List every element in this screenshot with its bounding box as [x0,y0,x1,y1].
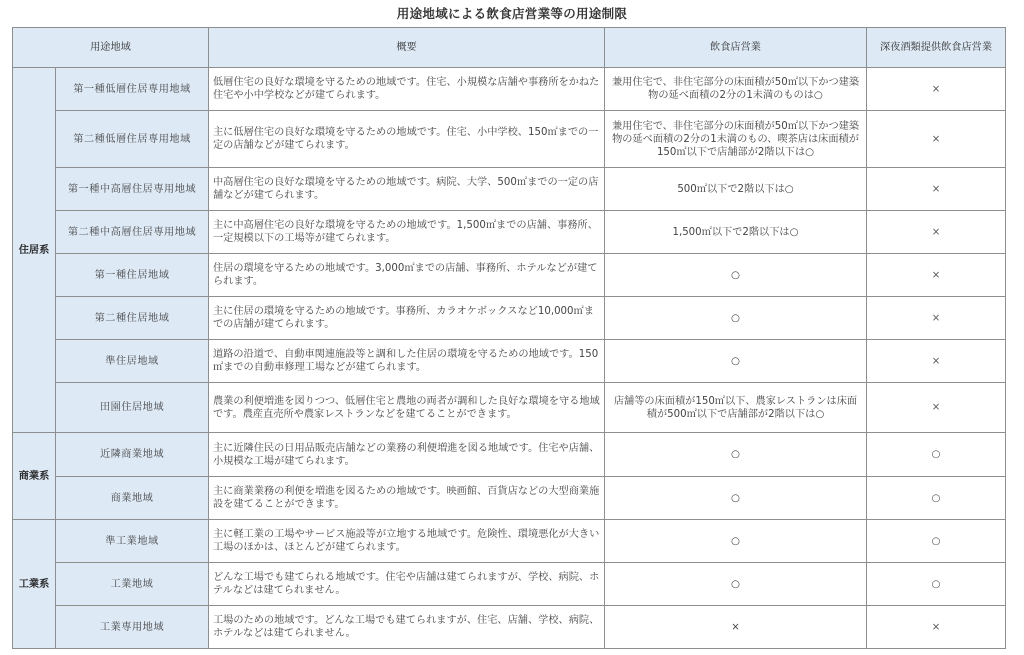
table-row: 商業系 近隣商業地域 主に近隣住民の日用品販売店舗などの業務の利便増進を図る地域… [13,433,1006,477]
table-row: 準住居地域 道路の沿道で、自動車関連施設等と調和した住居の環境を守るための地域で… [13,340,1006,383]
header-restaurant: 飲食店営業 [605,28,867,68]
zone-summary: 主に低層住宅の良好な環境を守るための地域です。住宅、小中学校、150㎡までの一定… [209,111,605,168]
zone-summary: 主に中高層住宅の良好な環境を守るための地域です。1,500㎡までの店舗、事務所、… [209,211,605,254]
late-night-permission: × [867,606,1006,649]
header-summary: 概要 [209,28,605,68]
zone-summary: 主に軽工業の工場やサービス施設等が立地する地域です。危険性、環境悪化が大きい工場… [209,520,605,563]
table-row: 商業地域 主に商業業務の利便を増進を図るための地域です。映画館、百貨店などの大型… [13,477,1006,520]
restaurant-permission: ○ [605,340,867,383]
header-row: 用途地域 概要 飲食店営業 深夜酒類提供飲食店営業 [13,28,1006,68]
zone-summary: 低層住宅の良好な環境を守るための地域です。住宅、小規模な店舗や事務所をかねた住宅… [209,68,605,111]
zone-summary: 工場のための地域です。どんな工場でも建てられますが、住宅、店舗、学校、病院、ホテ… [209,606,605,649]
restaurant-permission: 店舗等の床面積が150㎡以下、農家レストランは床面積が500㎡以下で店舗部が2階… [605,383,867,433]
table-row: 第二種中高層住居専用地域 主に中高層住宅の良好な環境を守るための地域です。1,5… [13,211,1006,254]
restaurant-permission: ○ [605,254,867,297]
table-row: 第一種住居地域 住居の環境を守るための地域です。3,000㎡までの店舗、事務所、… [13,254,1006,297]
restaurant-permission: 500㎡以下で2階以下は○ [605,168,867,211]
zone-name: 第一種住居地域 [56,254,209,297]
late-night-permission: ○ [867,563,1006,606]
header-late-night: 深夜酒類提供飲食店営業 [867,28,1006,68]
table-title: 用途地域による飲食店営業等の用途制限 [0,4,1024,22]
restaurant-permission: ○ [605,563,867,606]
zone-summary: 中高層住宅の良好な環境を守るための地域です。病院、大学、500㎡までの一定の店舗… [209,168,605,211]
category-commercial: 商業系 [13,433,56,520]
zone-summary: どんな工場でも建てられる地域です。住宅や店舗は建てられますが、学校、病院、ホテル… [209,563,605,606]
late-night-permission: × [867,383,1006,433]
zone-name: 準工業地域 [56,520,209,563]
table-row: 田園住居地域 農業の利便増進を図りつつ、低層住宅と農地の両者が調和した良好な環境… [13,383,1006,433]
category-industrial: 工業系 [13,520,56,649]
header-zone: 用途地域 [13,28,209,68]
restaurant-permission: 兼用住宅で、非住宅部分の床面積が50㎡以下かつ建築物の延べ面積の2分の1未満のも… [605,68,867,111]
late-night-permission: × [867,111,1006,168]
restaurant-permission: 1,500㎡以下で2階以下は○ [605,211,867,254]
zone-name: 工業専用地域 [56,606,209,649]
table-row: 工業専用地域 工場のための地域です。どんな工場でも建てられますが、住宅、店舗、学… [13,606,1006,649]
late-night-permission: ○ [867,520,1006,563]
category-residential: 住居系 [13,68,56,433]
zone-name: 工業地域 [56,563,209,606]
zone-name: 第二種中高層住居専用地域 [56,211,209,254]
restaurant-permission: ○ [605,520,867,563]
zoning-restrictions-table: 用途地域 概要 飲食店営業 深夜酒類提供飲食店営業 住居系 第一種低層住居専用地… [12,27,1006,649]
late-night-permission: ○ [867,477,1006,520]
zone-summary: 主に住居の環境を守るための地域です。事務所、カラオケボックスなど10,000㎡ま… [209,297,605,340]
zone-summary: 農業の利便増進を図りつつ、低層住宅と農地の両者が調和した良好な環境を守る地域です… [209,383,605,433]
zone-summary: 主に商業業務の利便を増進を図るための地域です。映画館、百貨店などの大型商業施設を… [209,477,605,520]
restaurant-permission: ○ [605,477,867,520]
restaurant-permission: ○ [605,433,867,477]
restaurant-permission: × [605,606,867,649]
zone-name: 近隣商業地域 [56,433,209,477]
zone-summary: 住居の環境を守るための地域です。3,000㎡までの店舗、事務所、ホテルなどが建て… [209,254,605,297]
zone-name: 第二種住居地域 [56,297,209,340]
zone-summary: 道路の沿道で、自動車関連施設等と調和した住居の環境を守るための地域です。150㎡… [209,340,605,383]
zone-name: 第一種中高層住居専用地域 [56,168,209,211]
zone-name: 商業地域 [56,477,209,520]
table-row: 第二種住居地域 主に住居の環境を守るための地域です。事務所、カラオケボックスなど… [13,297,1006,340]
zone-name: 第二種低層住居専用地域 [56,111,209,168]
table-row: 工業地域 どんな工場でも建てられる地域です。住宅や店舗は建てられますが、学校、病… [13,563,1006,606]
table-row: 第二種低層住居専用地域 主に低層住宅の良好な環境を守るための地域です。住宅、小中… [13,111,1006,168]
table-row: 住居系 第一種低層住居専用地域 低層住宅の良好な環境を守るための地域です。住宅、… [13,68,1006,111]
zone-name: 準住居地域 [56,340,209,383]
late-night-permission: × [867,211,1006,254]
late-night-permission: × [867,340,1006,383]
late-night-permission: × [867,168,1006,211]
restaurant-permission: ○ [605,297,867,340]
zone-name: 第一種低層住居専用地域 [56,68,209,111]
zone-summary: 主に近隣住民の日用品販売店舗などの業務の利便増進を図る地域です。住宅や店舗、小規… [209,433,605,477]
late-night-permission: ○ [867,433,1006,477]
late-night-permission: × [867,254,1006,297]
late-night-permission: × [867,68,1006,111]
zone-name: 田園住居地域 [56,383,209,433]
table-row: 第一種中高層住居専用地域 中高層住宅の良好な環境を守るための地域です。病院、大学… [13,168,1006,211]
table-row: 工業系 準工業地域 主に軽工業の工場やサービス施設等が立地する地域です。危険性、… [13,520,1006,563]
restaurant-permission: 兼用住宅で、非住宅部分の床面積が50㎡以下かつ建築物の延べ面積の2分の1未満のも… [605,111,867,168]
late-night-permission: × [867,297,1006,340]
